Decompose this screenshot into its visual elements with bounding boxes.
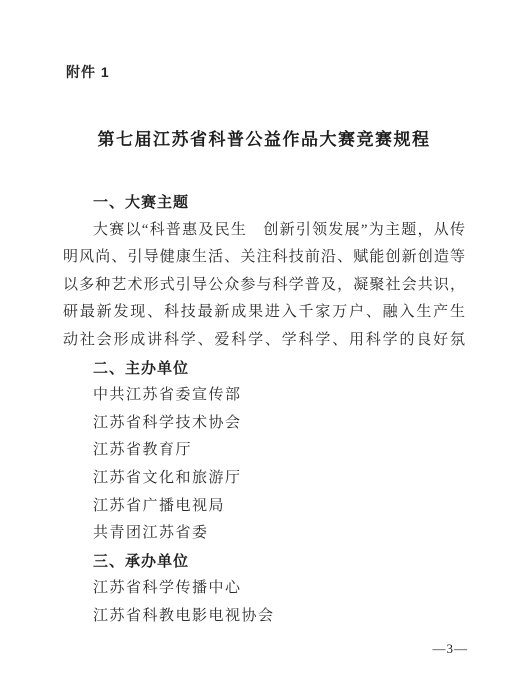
organizer-item: 江苏省科学技术协会 <box>63 410 466 438</box>
section-heading-theme: 一、大赛主题 <box>63 189 466 217</box>
organizer-item: 江苏省文化和旅游厅 <box>63 465 466 493</box>
theme-paragraph: 大赛以“科普惠及民生 创新引领发展”为主题，从传播文明风尚、引导健康生活、关注科… <box>63 217 466 355</box>
organizer-item: 共青团江苏省委 <box>63 520 466 548</box>
organizer-item: 江苏省教育厅 <box>63 437 466 465</box>
organizer-item: 江苏省广播电视局 <box>63 493 466 521</box>
paragraph-line: 以多种艺术形式引导公众参与科学普及，凝聚社会共识，让科 <box>63 272 466 300</box>
document-body: 一、大赛主题 大赛以“科普惠及民生 创新引领发展”为主题，从传播文明风尚、引导健… <box>63 189 466 631</box>
paragraph-line: 明风尚、引导健康生活、关注科技前沿、赋能创新创造等角度， <box>63 244 466 272</box>
undertakers-list: 江苏省科学传播中心江苏省科教电影电视协会 <box>63 575 466 630</box>
document-page: 附件 1 第七届江苏省科普公益作品大赛竞赛规程 一、大赛主题 大赛以“科普惠及民… <box>0 0 528 691</box>
paragraph-line: 动社会形成讲科学、爱科学、学科学、用科学的良好氛围。 <box>63 327 466 355</box>
paragraph-line: 研最新发现、科技最新成果进入千家万户、融入生产生活，推 <box>63 299 466 327</box>
section-heading-organizers: 二、主办单位 <box>63 355 466 383</box>
attachment-label: 附件 1 <box>66 62 110 82</box>
undertaker-item: 江苏省科教电影电视协会 <box>63 603 466 631</box>
organizers-list: 中共江苏省委宣传部江苏省科学技术协会江苏省教育厅江苏省文化和旅游厅江苏省广播电视… <box>63 382 466 548</box>
section-heading-undertakers: 三、承办单位 <box>63 548 466 576</box>
document-title: 第七届江苏省科普公益作品大赛竞赛规程 <box>0 125 528 150</box>
organizer-item: 中共江苏省委宣传部 <box>63 382 466 410</box>
page-number: —3— <box>433 641 469 657</box>
undertaker-item: 江苏省科学传播中心 <box>63 575 466 603</box>
paragraph-line: 大赛以“科普惠及民生 创新引领发展”为主题，从传播文 <box>63 217 466 245</box>
